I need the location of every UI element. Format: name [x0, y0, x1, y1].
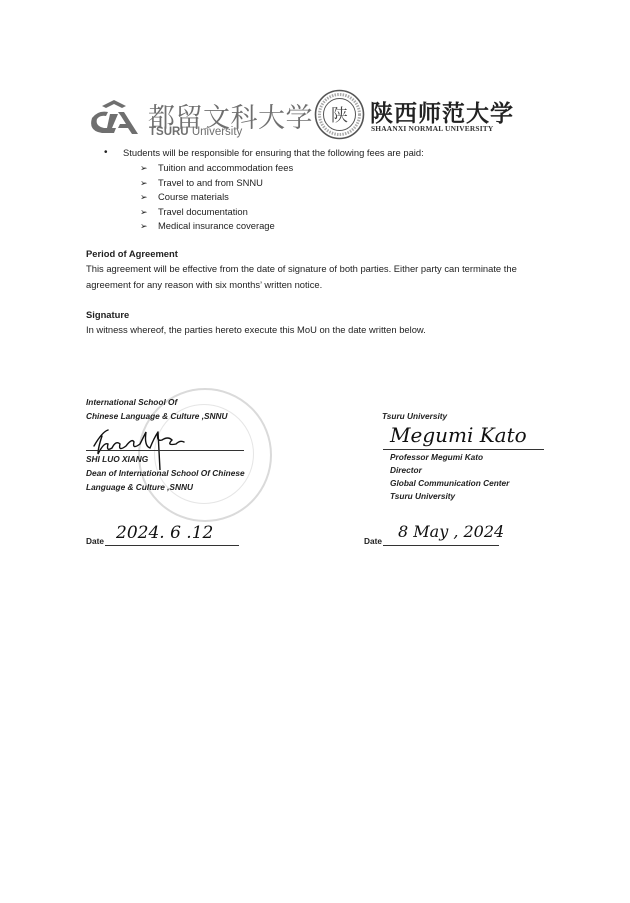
signature-heading: Signature: [86, 308, 129, 322]
left-org-line1: International School Of: [86, 396, 177, 409]
arrow-bullet-icon: ➢: [140, 176, 148, 190]
left-date-value: 2024. 6 .12: [116, 523, 213, 543]
left-signatory-title-line1: Dean of International School Of Chinese: [86, 467, 245, 480]
right-signatory-university: Tsuru University: [390, 490, 455, 503]
arrow-bullet-icon: ➢: [140, 205, 148, 219]
period-text-line1: This agreement will be effective from th…: [86, 262, 517, 276]
bullet-icon: •: [104, 146, 108, 160]
snnu-name-en: SHAANXI NORMAL UNIVERSITY: [371, 124, 493, 133]
right-signatory-department: Global Communication Center: [390, 477, 509, 490]
tsuru-name-en: TSURU University: [149, 126, 242, 138]
right-date-label: Date: [364, 536, 382, 546]
right-signatory-name: Professor Megumi Kato: [390, 451, 483, 464]
right-org: Tsuru University: [382, 410, 447, 423]
fees-intro: Students will be responsible for ensurin…: [123, 146, 424, 160]
right-signature-line: [383, 449, 544, 450]
snnu-seal-icon: 陕: [314, 89, 365, 140]
left-signature-line: [86, 450, 244, 451]
tsuru-emblem-icon: [88, 98, 144, 138]
snnu-logo: 陕 陕西师范大学 SHAANXI NORMAL UNIVERSITY: [314, 89, 504, 141]
arrow-bullet-icon: ➢: [140, 190, 148, 204]
right-handwritten-signature: Megumi Kato: [390, 423, 527, 447]
svg-text:陕: 陕: [331, 105, 348, 126]
left-signatory-name: SHI LUO XIANG: [86, 453, 148, 466]
tsuru-university-logo: 都留文科大学 TSURU University: [88, 96, 316, 140]
left-signatory-title-line2: Language & Culture ,SNNU: [86, 481, 193, 494]
signature-text: In witness whereof, the parties hereto e…: [86, 323, 426, 337]
arrow-bullet-icon: ➢: [140, 161, 148, 175]
right-signatory-title: Director: [390, 464, 422, 477]
left-date-label: Date: [86, 536, 104, 546]
arrow-bullet-icon: ➢: [140, 219, 148, 233]
left-date-line: [105, 545, 239, 546]
period-heading: Period of Agreement: [86, 247, 178, 261]
right-date-line: [383, 545, 499, 546]
period-text-line2: agreement for any reason with six months…: [86, 278, 322, 292]
right-date-value: 8 May , 2024: [398, 522, 504, 541]
